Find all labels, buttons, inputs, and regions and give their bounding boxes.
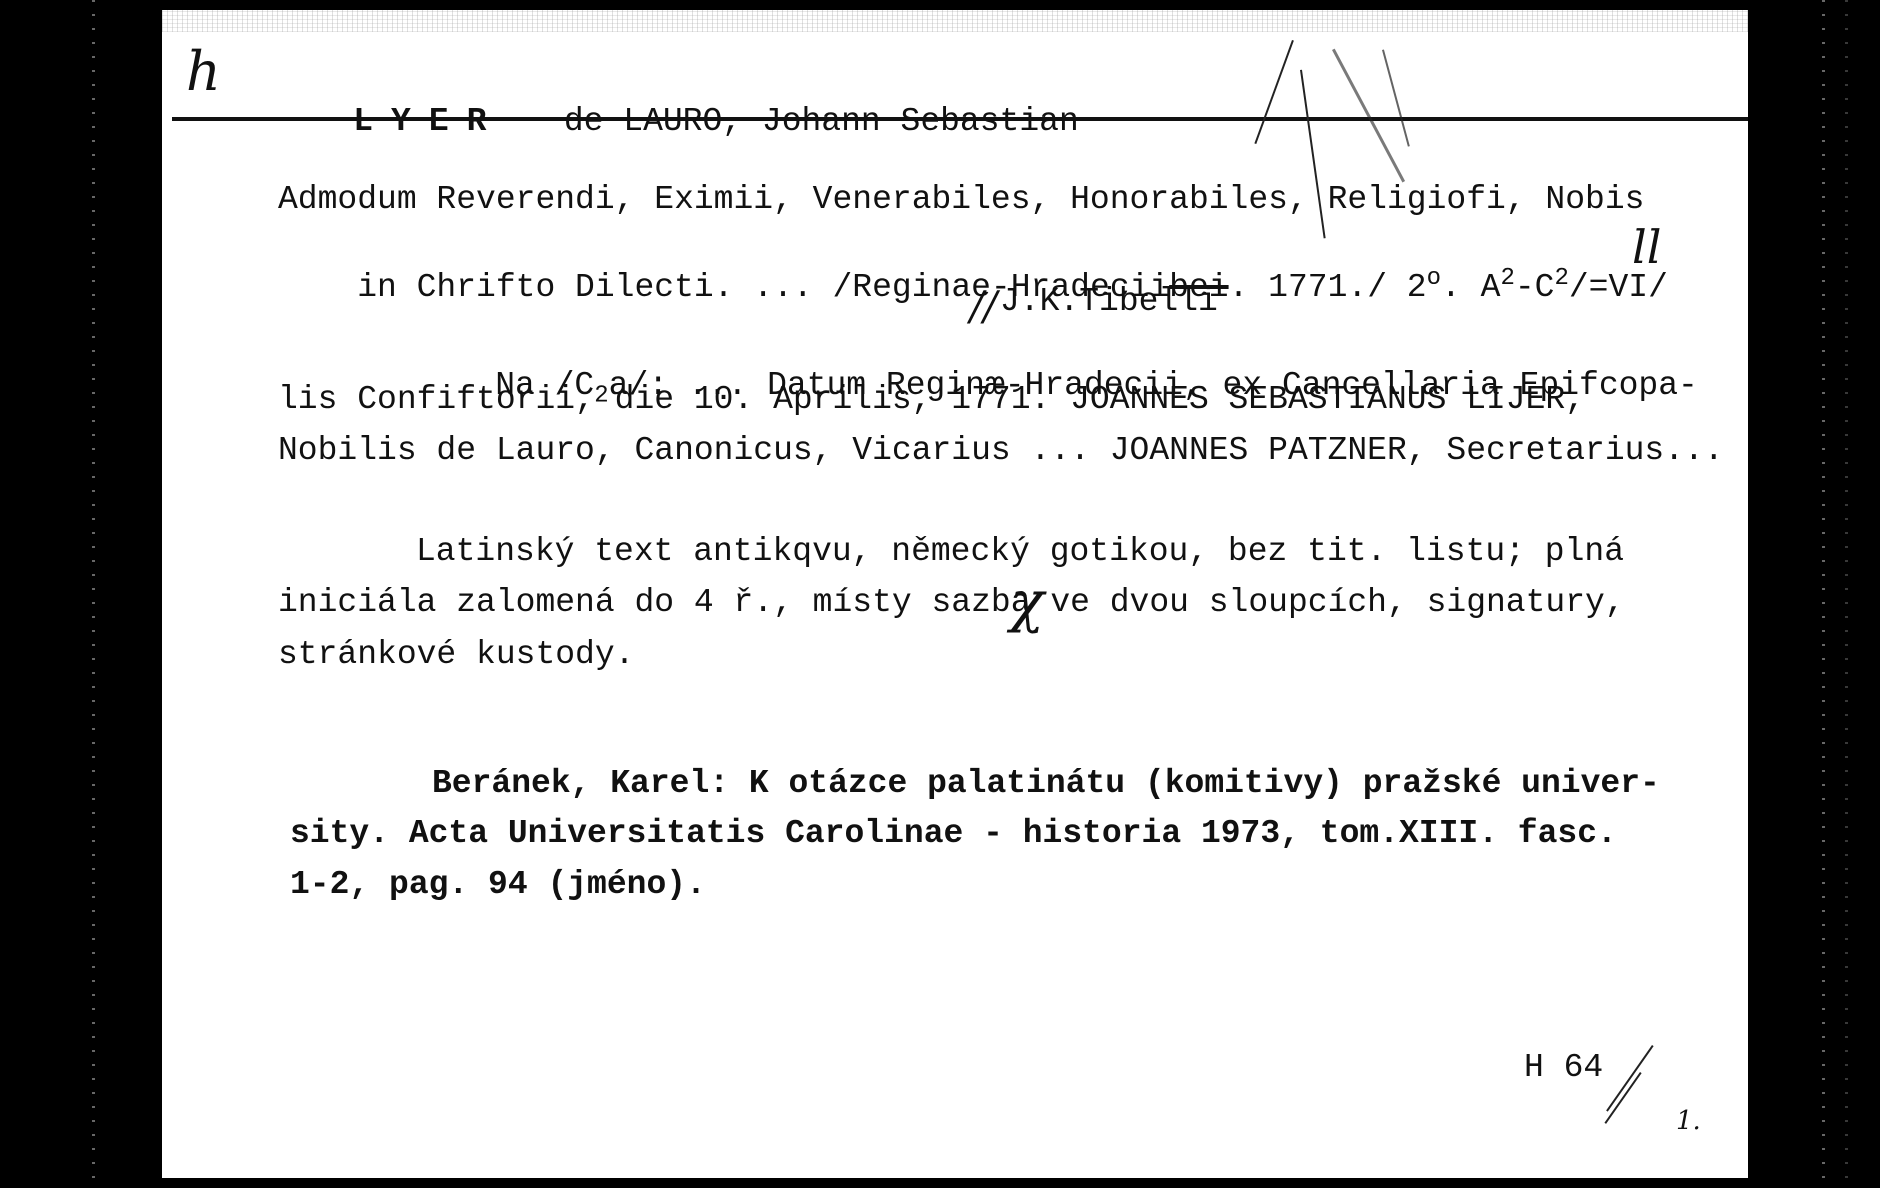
pen-stroke <box>1332 49 1405 183</box>
handwritten-ll: ll <box>1632 220 1661 274</box>
header-name: de LAURO, Johann Sebastian <box>564 103 1079 140</box>
handwritten-insert-mark: // <box>970 284 997 330</box>
entry-line-1: Admodum Reverendi, Eximii, Venerabiles, … <box>278 182 1644 218</box>
description-line-3: stránkové kustody. <box>278 637 634 673</box>
corner-mark: 1. <box>1676 1106 1701 1136</box>
format-sup: o <box>1427 265 1441 292</box>
collation-sup: 2 <box>1554 265 1568 292</box>
colophon-line-3: Nobilis de Lauro, Canonicus, Vicarius ..… <box>278 433 1724 469</box>
scan-border-dots-right <box>1822 0 1825 1188</box>
scan-border-dots-left <box>92 0 95 1188</box>
collation-sup: 2 <box>1500 265 1514 292</box>
reference-line-3: 1-2, pag. 94 (jméno). <box>290 867 706 903</box>
pen-stroke <box>1254 40 1294 144</box>
entry-text: -C <box>1515 269 1555 306</box>
scan-noise <box>162 10 1748 32</box>
entry-text: /=VI/ <box>1569 269 1668 306</box>
printer-line: J.K.Tibelli <box>1000 284 1218 320</box>
entry-text: . 1771./ 2 <box>1229 269 1427 306</box>
description-line-1: Latinský text antikqvu, německý gotikou,… <box>416 534 1624 570</box>
header-surname: LYER <box>353 103 504 140</box>
reference-line-2: sity. Acta Universitatis Carolinae - his… <box>290 816 1617 852</box>
description-line-2: iniciála zalomená do 4 ř., místy sazba v… <box>278 585 1625 621</box>
pen-stroke <box>1382 49 1410 146</box>
header-rule <box>172 117 1748 121</box>
colophon-line-2: lis Confiftorii, die 10. Aprilis, 1771. … <box>278 382 1585 418</box>
entry-text: . A <box>1441 269 1500 306</box>
handwritten-mark: h <box>186 40 221 103</box>
scan-border-dots-right-2 <box>1845 0 1848 1188</box>
shelfmark-slash <box>1604 1072 1641 1124</box>
shelfmark-slash <box>1606 1045 1654 1112</box>
reference-line-1: Beránek, Karel: K otázce palatinátu (kom… <box>432 766 1660 802</box>
shelfmark: H 64 <box>1524 1050 1603 1086</box>
catalog-card: h LYER de LAURO, Johann Sebastian Admodu… <box>162 10 1748 1178</box>
handwritten-correction-mark: χ <box>1010 570 1044 635</box>
card-header: LYER de LAURO, Johann Sebastian <box>274 68 1079 176</box>
